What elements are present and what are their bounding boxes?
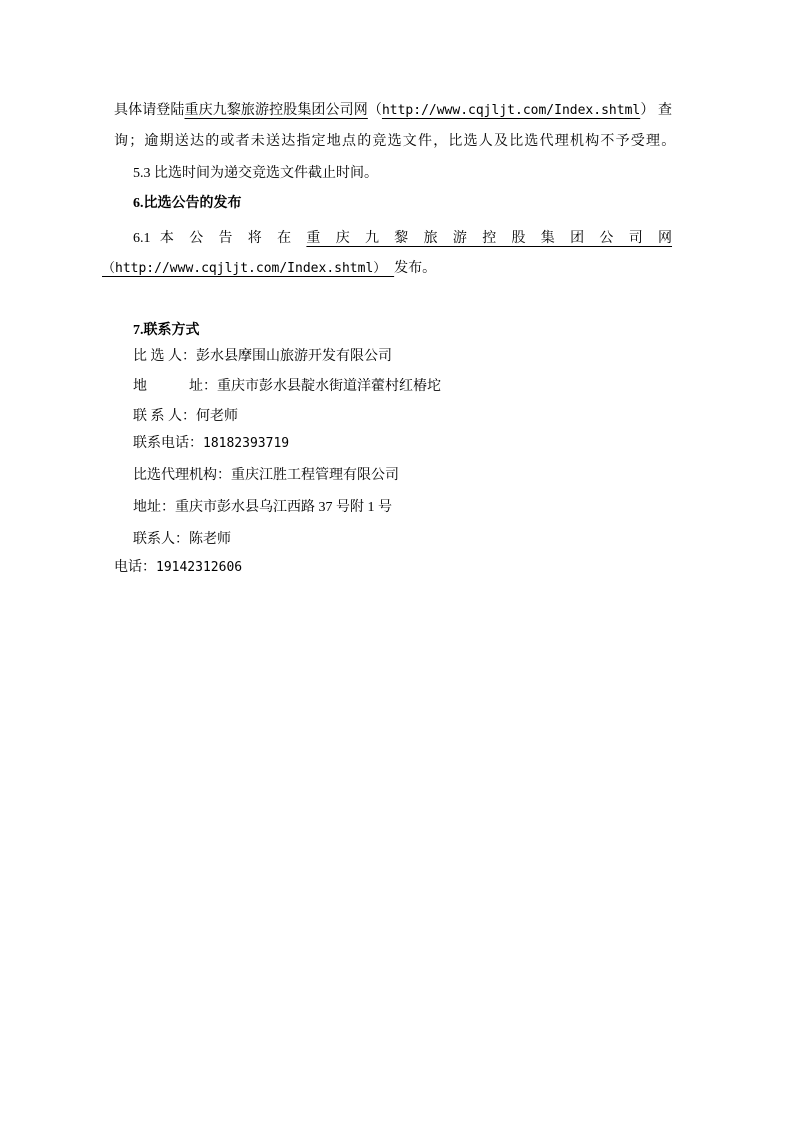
field-label: 比选代理机构： <box>133 468 231 483</box>
section-6-1-line1: 6.1 本 公 告 将 在 重 庆 九 黎 旅 游 控 股 集 团 公 司 网 <box>133 228 672 249</box>
agency-person-row: 联系人：陈老师 <box>133 529 231 550</box>
document-page: 具体请登陆重庆九黎旅游控股集团公司网（http://www.cqjljt.com… <box>0 0 793 1122</box>
field-label: 电话： <box>114 560 156 575</box>
contact-address-row: 地 址：重庆市彭水县靛水街道洋藿村红椿坨 <box>133 376 441 397</box>
agency-address-row: 地址：重庆市彭水县乌江西路 37 号附 1 号 <box>133 497 392 518</box>
field-label: 联系人： <box>133 532 189 547</box>
field-label: 联 系 人： <box>133 409 196 424</box>
field-value: 彭水县摩围山旅游开发有限公司 <box>196 349 392 364</box>
agency-phone-row: 电话：19142312606 <box>114 557 242 578</box>
field-value: 重庆市彭水县乌江西路 37 号附 1 号 <box>175 500 392 515</box>
contact-selector-row: 比 选 人：彭水县摩围山旅游开发有限公司 <box>133 346 392 367</box>
field-label: 联系电话： <box>133 436 203 451</box>
field-value: 何老师 <box>196 409 238 424</box>
field-value: 重庆江胜工程管理有限公司 <box>231 468 399 483</box>
section-7-heading: 7.联系方式 <box>133 320 200 341</box>
paragraph-text: 6.1 本 公 告 将 在 <box>133 231 306 246</box>
field-label: 比 选 人： <box>133 349 196 364</box>
paragraph-text: 发布。 <box>394 261 436 276</box>
field-label: 地 址： <box>133 379 217 394</box>
agency-row: 比选代理机构：重庆江胜工程管理有限公司 <box>133 465 399 486</box>
field-value: 重庆市彭水县靛水街道洋藿村红椿坨 <box>217 379 441 394</box>
contact-person-row: 联 系 人：何老师 <box>133 406 238 427</box>
paragraph-text: 查 <box>658 103 672 118</box>
company-website-name-link[interactable]: 重 庆 九 黎 旅 游 控 股 集 团 公 司 网 <box>306 231 672 246</box>
phone-number: 18182393719 <box>203 436 289 451</box>
section-6-1-line2: （http://www.cqjljt.com/Index.shtml） 发布。 <box>102 258 436 279</box>
website-url-link[interactable]: http://www.cqjljt.com/Index.shtml <box>382 103 640 118</box>
section-6-heading: 6.比选公告的发布 <box>133 193 242 214</box>
paragraph-query-line2: 询；逾期送达的或者未送达指定地点的竞选文件，比选人及比选代理机构不予受理。 <box>114 131 676 152</box>
paragraph-text: 具体请登陆 <box>114 103 185 118</box>
field-value: 陈老师 <box>189 532 231 547</box>
paren-open: （ <box>368 103 382 118</box>
website-url-link[interactable]: （http://www.cqjljt.com/Index.shtml） <box>102 261 394 276</box>
section-5-3-text: 5.3 比选时间为递交竞选文件截止时间。 <box>133 163 378 184</box>
paren-close: ） <box>640 103 658 118</box>
company-website-name-link[interactable]: 重庆九黎旅游控股集团公司网 <box>185 103 368 118</box>
contact-phone-row: 联系电话：18182393719 <box>133 433 289 454</box>
field-label: 地址： <box>133 500 175 515</box>
paragraph-query-line1: 具体请登陆重庆九黎旅游控股集团公司网（http://www.cqjljt.com… <box>114 100 672 121</box>
phone-number: 19142312606 <box>156 560 242 575</box>
